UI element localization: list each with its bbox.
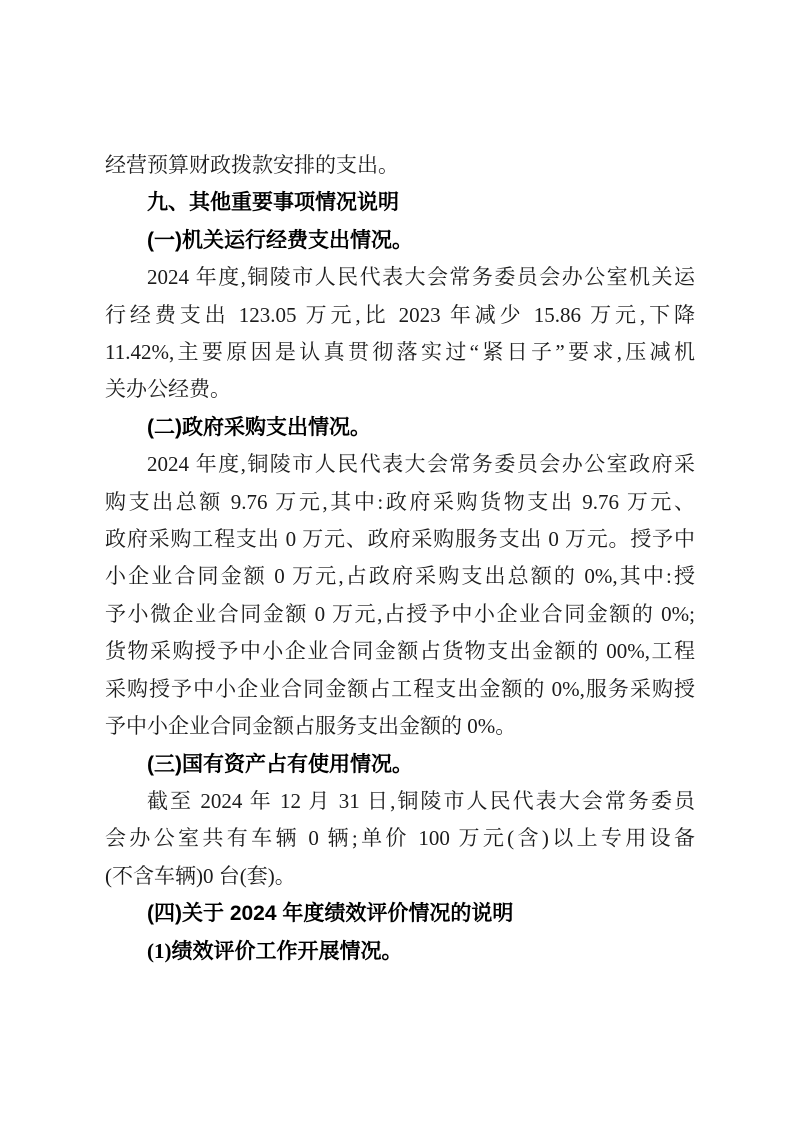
body-text-line: 政府采购工程支出 0 万元、政府采购服务支出 0 万元。授予中 <box>105 521 695 558</box>
body-text-line: 会办公室共有车辆 0 辆;单价 100 万元(含)以上专用设备 <box>105 820 695 857</box>
section-heading-line: (1)绩效评价工作开展情况。 <box>105 933 695 970</box>
body-text-line: 予小微企业合同金额 0 万元,占授予中小企业合同金额的 0%; <box>105 596 695 633</box>
section-heading-line: (一)机关运行经费支出情况。 <box>105 222 695 259</box>
section-heading-line: (三)国有资产占有使用情况。 <box>105 746 695 783</box>
body-text-line: 行经费支出 123.05 万元,比 2023 年减少 15.86 万元,下降 <box>105 297 695 334</box>
section-heading-line: 九、其他重要事项情况说明 <box>105 184 695 221</box>
body-text-line: 予中小企业合同金额占服务支出金额的 0%。 <box>105 708 695 745</box>
document-content: 经营预算财政拨款安排的支出。九、其他重要事项情况说明(一)机关运行经费支出情况。… <box>105 147 695 970</box>
section-heading-line: (四)关于 2024 年度绩效评价情况的说明 <box>105 895 695 932</box>
body-text-line: 2024 年度,铜陵市人民代表大会常务委员会办公室政府采 <box>105 446 695 483</box>
section-heading-line: (二)政府采购支出情况。 <box>105 409 695 446</box>
body-text-line: 2024 年度,铜陵市人民代表大会常务委员会办公室机关运 <box>105 259 695 296</box>
body-text-line: 购支出总额 9.76 万元,其中:政府采购货物支出 9.76 万元、 <box>105 484 695 521</box>
document-page: 经营预算财政拨款安排的支出。九、其他重要事项情况说明(一)机关运行经费支出情况。… <box>0 0 793 1122</box>
body-text-line: 经营预算财政拨款安排的支出。 <box>105 147 695 184</box>
body-text-line: 关办公经费。 <box>105 371 695 408</box>
body-text-line: 小企业合同金额 0 万元,占政府采购支出总额的 0%,其中:授 <box>105 558 695 595</box>
body-text-line: 截至 2024 年 12 月 31 日,铜陵市人民代表大会常务委员 <box>105 783 695 820</box>
body-text-line: 采购授予中小企业合同金额占工程支出金额的 0%,服务采购授 <box>105 671 695 708</box>
body-text-line: 货物采购授予中小企业合同金额占货物支出金额的 00%,工程 <box>105 633 695 670</box>
body-text-line: 11.42%,主要原因是认真贯彻落实过“紧日子”要求,压减机 <box>105 334 695 371</box>
body-text-line: (不含车辆)0 台(套)。 <box>105 858 695 895</box>
